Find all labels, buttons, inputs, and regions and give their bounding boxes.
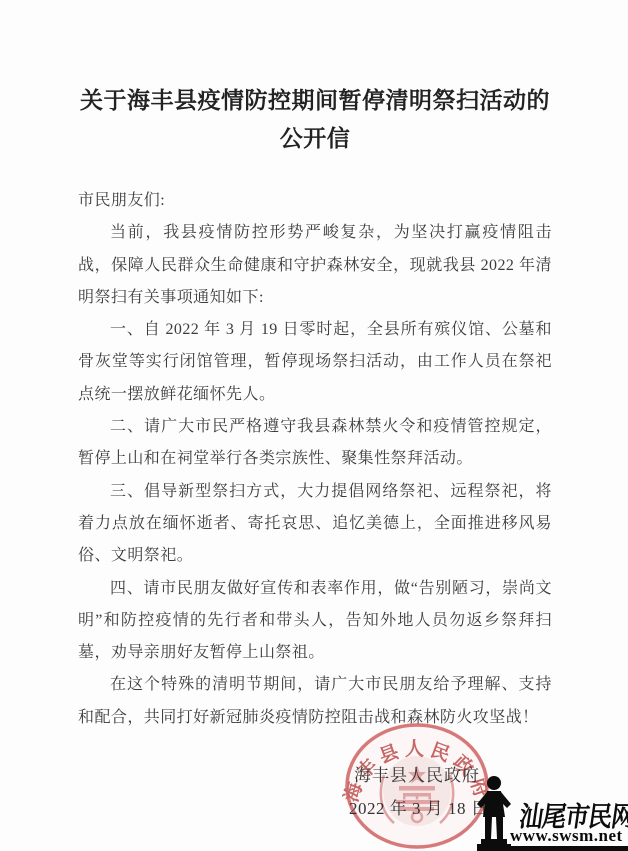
signature-authority: 海丰县人民政府 — [354, 761, 480, 786]
paragraph-item-4: 四、请市民朋友做好宣传和表率作用，做“告别陋习，崇尚文明”和防控疫情的先行者和带… — [78, 573, 552, 670]
watermark-underline — [492, 846, 628, 851]
site-watermark: 汕尾市民网 www.swsm.net — [476, 776, 628, 851]
paragraph-closing: 在这个特殊的清明节期间，请广大市民朋友给予理解、支持和配合，共同打好新冠肺炎疫情… — [78, 669, 552, 734]
scanned-letter-page: 关于海丰县疫情防控期间暂停清明祭扫活动的公开信 市民朋友们: 当前，我县疫情防控… — [0, 0, 628, 851]
salutation: 市民朋友们: — [78, 185, 552, 217]
signature-date: 2022 年 3 月 18 日 — [349, 794, 488, 819]
watermark-site-url: www.swsm.net — [510, 826, 623, 846]
letter-body: 市民朋友们: 当前，我县疫情防控形势严峻复杂，为坚决打赢疫情阻击战，保障人民群众… — [78, 185, 552, 734]
paragraph-intro: 当前，我县疫情防控形势严峻复杂，为坚决打赢疫情阻击战，保障人民群众生命健康和守护… — [78, 217, 552, 314]
page-title: 关于海丰县疫情防控期间暂停清明祭扫活动的公开信 — [78, 82, 552, 158]
official-seal: 海丰县人民政府 — [342, 721, 492, 851]
paragraph-item-1: 一、自 2022 年 3 月 19 日零时起，全县所有殡仪馆、公墓和骨灰堂等实行… — [78, 314, 552, 411]
paragraph-item-3: 三、倡导新型祭扫方式，大力提倡网络祭祀、远程祭祀，将着力点放在缅怀逝者、寄托哀思… — [78, 476, 552, 573]
letter-content: 关于海丰县疫情防控期间暂停清明祭扫活动的公开信 市民朋友们: 当前，我县疫情防控… — [0, 0, 628, 734]
title-line-2: 公开信 — [280, 126, 351, 151]
title-line-1: 关于海丰县疫情防控期间暂停清明祭扫活动的 — [80, 88, 550, 113]
paragraph-item-2: 二、请广大市民严格遵守我县森林禁火令和疫情管控规定，暂停上山和在祠堂举行各类宗族… — [78, 411, 552, 476]
